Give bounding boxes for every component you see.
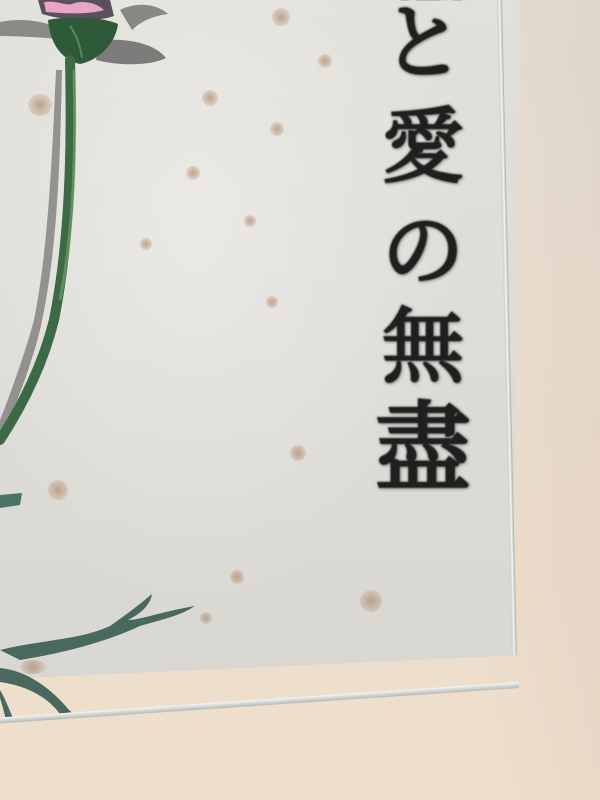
calligraphy-char-2: と	[382, 2, 464, 106]
calligraphy-char-4: の	[382, 210, 464, 306]
calligraphy-column: 私 と 愛 の 無 盡	[368, 0, 478, 510]
ink-wash-shadow	[0, 5, 168, 440]
calligraphy-char-3: 愛	[382, 106, 464, 210]
leaves	[0, 493, 195, 720]
calligraphy-char-6: 盡	[375, 400, 471, 510]
calligraphy-char-5: 無	[382, 306, 464, 400]
